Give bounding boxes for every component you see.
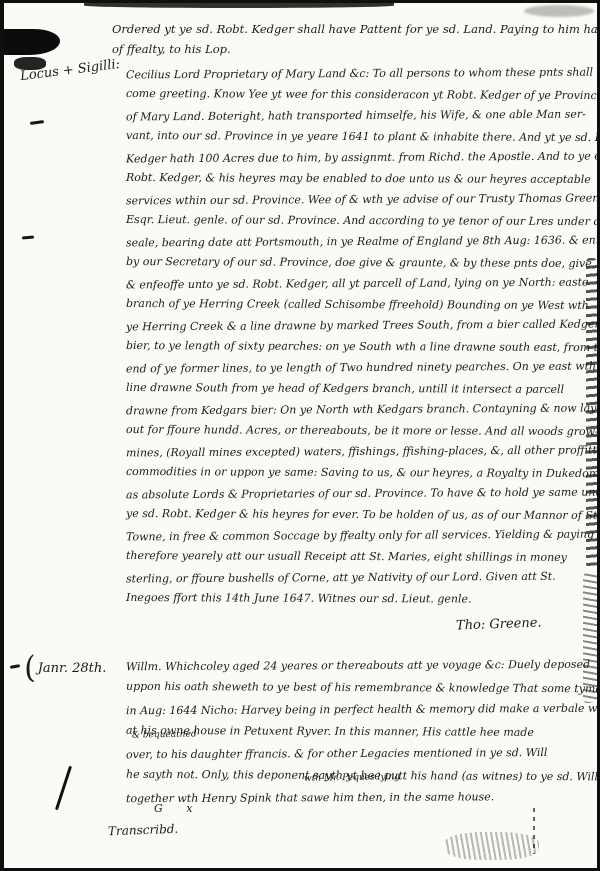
manuscript-line: Cecilius Lord Proprietary of Mary Land &… (126, 62, 588, 86)
manuscript-line: seale, bearing date att Portsmouth, in y… (126, 230, 588, 254)
manuscript-line: services wthin our sd. Province. Wee of … (126, 188, 588, 212)
manuscript-line: commodities in or uppon ye same: Saving … (126, 461, 588, 484)
margin-dash-mark (30, 120, 44, 125)
manuscript-line: drawne from Kedgars bier: On ye North wt… (126, 398, 588, 422)
manuscript-line: & enfeoffe unto ye sd. Robt. Kedger, all… (126, 272, 588, 296)
manuscript-line: ye sd. Robt. Kedger & his heyres for eve… (126, 503, 588, 526)
margin-note-date: (Janr. 28th. (24, 651, 106, 686)
docket-line: of ffealty, to his Lop. (112, 39, 582, 59)
manuscript-line: mines, (Royall mines excepted) waters, f… (126, 440, 588, 464)
ink-blot-left-edge-small (14, 57, 46, 70)
manuscript-line: uppon his oath sheweth to ye best of his… (126, 676, 588, 700)
scan-noise-right-edge (586, 258, 597, 568)
manuscript-line: vant, into our sd. Province in ye yeare … (126, 125, 588, 148)
header-docket: Ordered yt ye sd. Robt. Kedger shall hav… (112, 19, 582, 59)
manuscript-line: Esqr. Lieut. genle. of our sd. Province.… (126, 209, 588, 232)
margin-dash-mark (22, 235, 34, 239)
manuscript-line: ye Herring Creek & a line drawne by mark… (126, 314, 588, 338)
manuscript-page: Ordered yt ye sd. Robt. Kedger shall hav… (0, 0, 600, 871)
interline-note-bequeathed: & bequeathed (132, 729, 197, 740)
bottom-docket-transcribed: Transcribd. (108, 822, 179, 838)
manuscript-line: of Mary Land. Boteright, hath transporte… (126, 104, 588, 128)
manuscript-line: out for ffoure hundd. Acres, or thereabo… (126, 419, 588, 442)
patent-body: Cecilius Lord Proprietary of Mary Land &… (126, 63, 588, 609)
manuscript-line: Inegoes ffort this 14th June 1647. Witne… (126, 587, 588, 610)
ink-blot-left-edge (4, 29, 60, 55)
docket-line: Ordered yt ye sd. Robt. Kedger shall hav… (112, 19, 582, 39)
manuscript-line: as absolute Lords & Proprietaries of our… (126, 482, 588, 506)
manuscript-line: Willm. Whichcoley aged 24 yeares or ther… (126, 654, 588, 678)
stray-pen-stroke (55, 766, 72, 811)
manuscript-line: therefore yearely att our usuall Receipt… (126, 545, 588, 568)
manuscript-line: Robt. Kedger, & his heyres may be enable… (126, 167, 588, 190)
manuscript-line: branch of ye Herring Creek (called Schis… (126, 293, 588, 316)
manuscript-line: Towne, in free & common Soccage by ffeal… (126, 524, 588, 548)
interline-note-peques: wth Mr. Peques lying (304, 772, 400, 784)
manuscript-line: Kedger hath 100 Acres due to him, by ass… (126, 146, 588, 170)
stray-dotted-stroke (533, 808, 535, 854)
margin-dash-mark (10, 664, 20, 669)
margin-brace: ( (20, 650, 39, 687)
manuscript-line: by our Secretary of our sd. Province, do… (126, 251, 588, 274)
signature-tho-greene: Tho: Greene. (456, 616, 542, 634)
stray-ink-mark: G x (154, 802, 203, 815)
scan-noise-bottom-right (444, 832, 539, 860)
manuscript-line: bier, to ye length of sixty pearches: on… (126, 335, 588, 358)
manuscript-line: sterling, or ffoure bushells of Corne, a… (126, 566, 588, 590)
manuscript-line: end of ye former lines, to ye length of … (126, 356, 588, 380)
scan-noise-right-edge-lower (583, 573, 597, 703)
manuscript-line: in Aug: 1644 Nicho: Harvey being in perf… (126, 698, 588, 722)
manuscript-line: come greeting. Know Yee yt wee for this … (126, 83, 588, 106)
ink-smudge-top-edge (84, 3, 394, 8)
manuscript-line: over, to his daughter ffrancis. & for ot… (126, 742, 588, 766)
manuscript-line: line drawne South from ye head of Kedger… (126, 377, 588, 400)
margin-date-text: Janr. 28th. (38, 661, 107, 676)
ink-smudge-top-right (524, 5, 594, 17)
